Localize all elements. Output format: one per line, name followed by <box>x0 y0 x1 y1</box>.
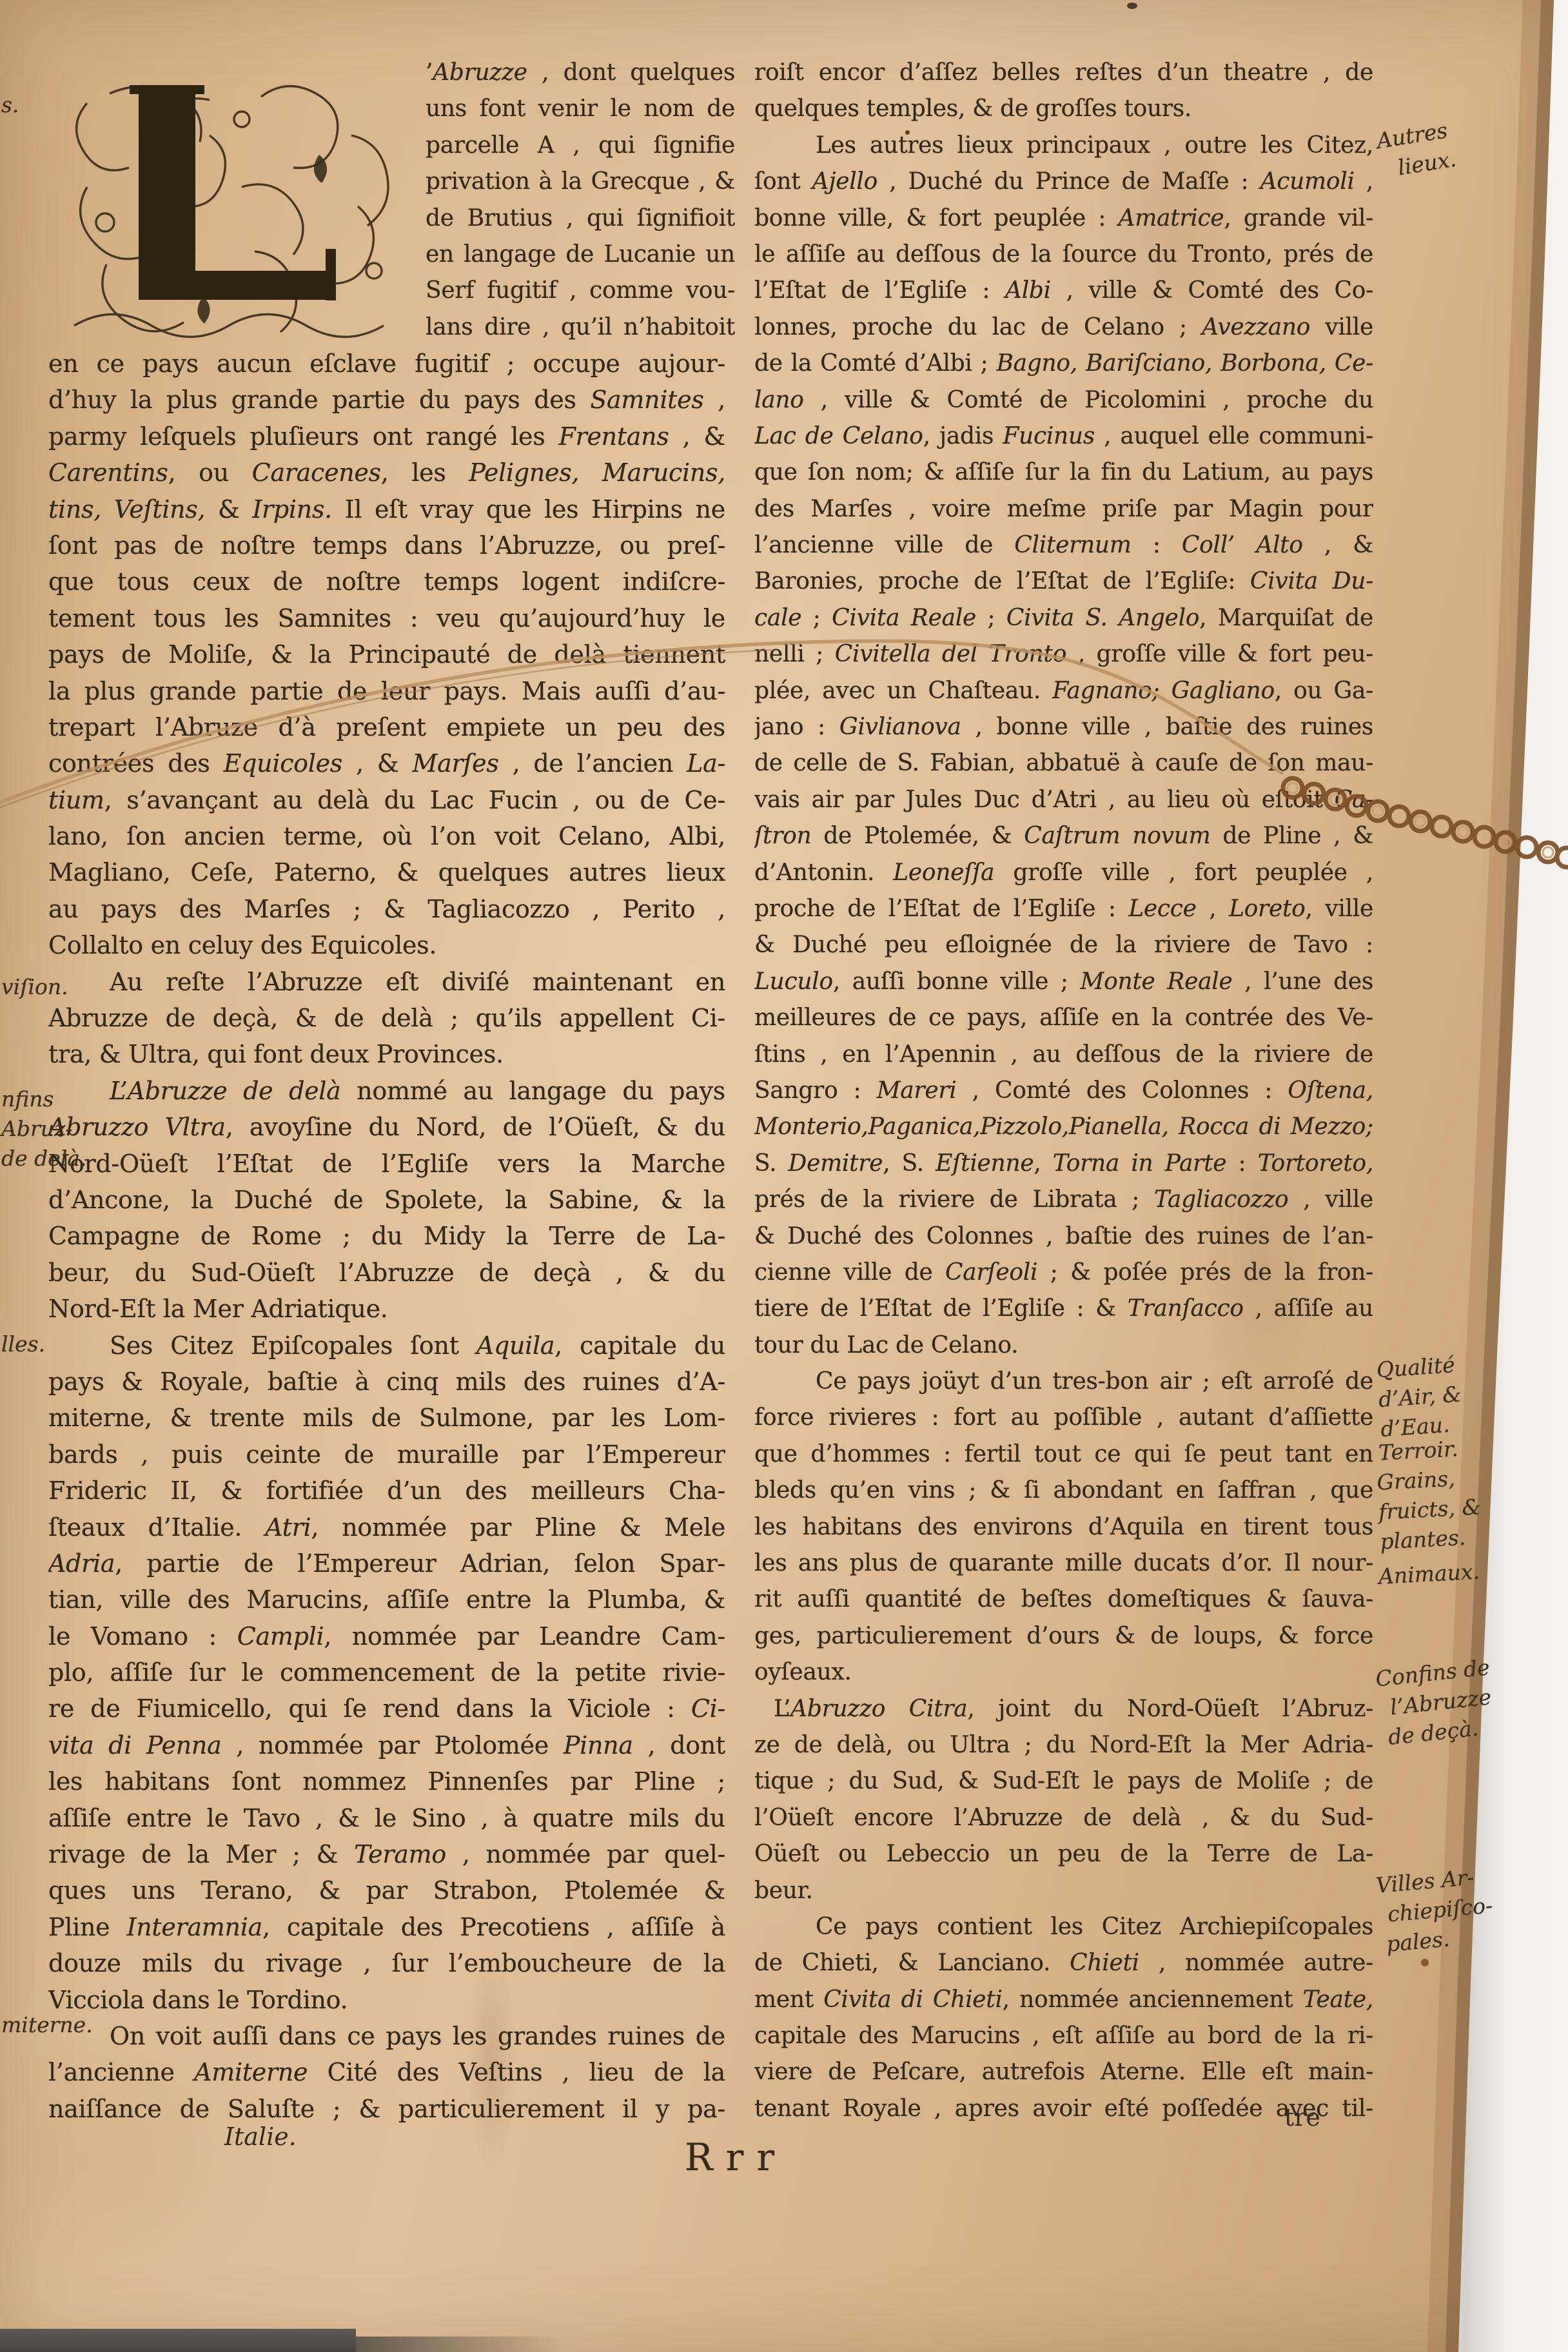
text-line: lonnes, proche du lac de Celano ; Avezza… <box>754 309 1373 346</box>
text-line: tium, s’avançant au delà du Lac Fucin , … <box>48 782 725 818</box>
text-line: meilleures de ce pays, aſſiſe en la cont… <box>754 1000 1373 1036</box>
stray-word-italie: Italie. <box>224 2122 297 2151</box>
text-line: jano : Givlianova , bonne ville , baſtie… <box>754 709 1373 745</box>
text-line: l’Oüeſt encore l’Abruzze de delà , & du … <box>754 1800 1373 1836</box>
margin-note-grains-fruits-plantes: Grains, fruicts, & plantes. <box>1377 1462 1497 1556</box>
text-line: l’ancienne ville de Cliternum : Coll’ Al… <box>754 527 1373 563</box>
text-line: contrées des Equicoles , & Marſes , de l… <box>48 745 725 781</box>
text-line: capitale des Marucins , eſt aſſiſe au bo… <box>754 2018 1373 2054</box>
text-line: Monterio,Paganica,Pizzolo,Pianella, Rocc… <box>754 1109 1373 1145</box>
text-line: rit auſſi quantité de beſtes domeſtiques… <box>754 1582 1373 1618</box>
margin-note-villes-archiepiscopales: Villes Ar- chiepiſco- pales. <box>1375 1861 1498 1959</box>
text-line: Campagne de Rome ; du Midy la Terre de L… <box>48 1218 725 1254</box>
text-line: Magliano, Ceſe, Paterno, & quelques autr… <box>48 854 725 890</box>
text-line: Les autres lieux principaux , outre les … <box>754 128 1373 164</box>
text-line: ſont pas de noſtre temps dans l’Abruzze,… <box>48 527 725 563</box>
text-line: douze mils du rivage , ſur l’emboucheure… <box>48 1945 725 1981</box>
text-line: Collalto en celuy des Equicoles. <box>48 927 725 963</box>
text-line: tins, Veſtins, & Irpins. Il eſt vray que… <box>48 491 725 527</box>
text-line: ſtins , en l’Apennin , au deſſous de la … <box>754 1037 1373 1073</box>
text-line: & Duché peu eſloignée de la riviere de T… <box>754 927 1373 963</box>
text-line: force rivieres : fort au poſſible , auta… <box>754 1400 1373 1436</box>
text-line: Pline Interamnia, capitale des Precotien… <box>48 1909 725 1945</box>
text-line: uns font venir le nom de la <box>426 91 735 127</box>
text-line: de celle de S. Fabian, abbatuë à cauſe d… <box>754 745 1373 781</box>
text-line: les habitans ſont nommez Pinnenſes par P… <box>48 1763 725 1799</box>
text-line: de Brutius , qui ſignifioit <box>426 201 735 237</box>
text-line: viere de Peſcare, autrefois Aterne. Elle… <box>754 2054 1373 2090</box>
text-line: Ce pays joüyt d’un tres-bon air ; eſt ar… <box>754 1364 1373 1400</box>
text-line: tenant Royale , apres avoir eſté poſſedé… <box>754 2091 1373 2127</box>
text-line: Abruzze de deçà, & de delà ; qu’ils appe… <box>48 1000 725 1036</box>
text-line: privation à la Grecque , & <box>426 164 735 200</box>
text-line: oyſeaux. <box>754 1654 1373 1690</box>
margin-note-fragment-s: s. <box>1 90 130 120</box>
text-line: roiſt encor d’aſſez belles reſtes d’un t… <box>754 55 1373 91</box>
text-line: tour du Lac de Celano. <box>754 1328 1373 1364</box>
text-line: On voit auſſi dans ce pays les grandes r… <box>48 2018 725 2054</box>
text-line: que tous ceux de noſtre temps logent ind… <box>48 563 725 600</box>
text-line: tra, & Ultra, qui font deux Provinces. <box>48 1036 725 1072</box>
left-column-body: en ce pays aucun eſclave fugitif ; occup… <box>48 346 725 2127</box>
text-line: plée, avec un Chaſteau. Fagnano; Gaglian… <box>754 673 1373 709</box>
text-line: ſont Ajello , Duché du Prince de Maſſe :… <box>754 164 1373 200</box>
text-line: pays de Moliſe, & la Principauté de delà… <box>48 636 725 672</box>
text-line: que ſon nom; & aſſiſe ſur la fin du Lati… <box>754 455 1373 491</box>
text-line: ’Abruzze , dont quelques <box>426 55 735 91</box>
text-line: Carentins, ou Caracenes, les Pelignes, M… <box>48 455 725 491</box>
text-line: quelques temples, & de groſſes tours. <box>754 91 1373 127</box>
margin-note-qualite-air-eau: Qualité d’Air, & d’Eau. <box>1375 1347 1497 1444</box>
text-line: Oüeſt ou Lebeccio un peu de la Terre de … <box>754 1836 1373 1872</box>
text-line: Luculo, auſſi bonne ville ; Monte Reale … <box>754 964 1373 1000</box>
text-line: miterne, & trente mils de Sulmone, par l… <box>48 1400 725 1436</box>
text-line: plo, aſſiſe ſur le commencement de la pe… <box>48 1654 725 1690</box>
text-line: tian, ville des Marucins, aſſiſe entre l… <box>48 1582 725 1618</box>
text-line: lans dire , qu’il n’habitoit <box>426 309 735 346</box>
text-line: de Chieti, & Lanciano. Chieti , nommée a… <box>754 1945 1373 1981</box>
text-line: Vicciola dans le Tordino. <box>48 1982 725 2018</box>
text-line: l’Eſtat de l’Egliſe : Albi , ville & Com… <box>754 273 1373 309</box>
text-line: d’Ancone, la Duché de Spolete, la Sabine… <box>48 1182 725 1218</box>
text-line: ment Civita di Chieti, nommée ancienneme… <box>754 1982 1373 2018</box>
ink-speck <box>1127 3 1137 9</box>
margin-note-division: viſion. <box>1 972 130 1002</box>
margin-note-amiterne: miterne. <box>1 2010 130 2040</box>
text-line: lano, ſon ancien terme, où l’on voit Cel… <box>48 818 725 854</box>
text-line: le Vomano : Campli, nommée par Leandre C… <box>48 1618 725 1654</box>
text-line: cienne ville de Carſeoli ; & poſée prés … <box>754 1255 1373 1291</box>
ink-speck <box>1421 1959 1429 1966</box>
text-line: vais air par Jules Duc d’Atri , au lieu … <box>754 782 1373 818</box>
text-line: Serf fugitif , comme vou- <box>426 273 735 309</box>
text-line: vita di Penna , nommée par Ptolomée Pinn… <box>48 1727 725 1763</box>
left-column-beside-initial: ’Abruzze , dont quelquesuns font venir l… <box>426 55 735 346</box>
scanner-dark-bar <box>0 2329 356 2352</box>
text-line: re de Fiumicello, qui ſe rend dans la Vi… <box>48 1690 725 1727</box>
text-line: prés de la riviere de Librata ; Tagliaco… <box>754 1182 1373 1218</box>
text-line: ſteaux d’Italie. Atri, nommée par Pline … <box>48 1509 725 1545</box>
text-line: Abruzzo Vltra, avoyſine du Nord, de l’Oü… <box>48 1109 725 1145</box>
text-line: parmy leſquels pluſieurs ont rangé les F… <box>48 418 725 455</box>
text-line: trepart l’Abruze d’à preſent empiete un … <box>48 709 725 745</box>
right-column: roiſt encor d’aſſez belles reſtes d’un t… <box>754 55 1373 2127</box>
text-line: ques uns Terano, & par Strabon, Ptolemée… <box>48 1872 725 1908</box>
text-line: pays & Royale, baſtie à cinq mils des ru… <box>48 1364 725 1400</box>
text-line: ſtron de Ptolemée, & Caſtrum novum de Pl… <box>754 818 1373 854</box>
text-line: ze de delà, ou Ultra ; du Nord-Eſt la Me… <box>754 1727 1373 1763</box>
margin-note-villes-episcopales: lles. <box>1 1329 130 1359</box>
text-line: Au reſte l’Abruzze eſt diviſé maintenant… <box>48 964 725 1000</box>
text-line: rivage de la Mer ; & Teramo , nommée par… <box>48 1836 725 1872</box>
text-line: des Marſes , voire meſme priſe par Magin… <box>754 491 1373 527</box>
text-line: ges, particulierement d’ours & de loups,… <box>754 1618 1373 1654</box>
text-line: parcelle A , qui ſignifie <box>426 128 735 164</box>
text-line: que d’hommes : fertil tout ce qui ſe peu… <box>754 1436 1373 1473</box>
text-line: L’Abruzzo Citra, joint du Nord-Oüeſt l’A… <box>754 1691 1373 1727</box>
text-line: la plus grande partie de leur pays. Mais… <box>48 673 725 709</box>
text-line: de la Comté d’Albi ; Bagno, Bariſciano, … <box>754 346 1373 382</box>
text-line: nelli ; Civitella del Tronto , groſſe vi… <box>754 636 1373 672</box>
text-line: Frideric II, & fortifiée d’un des meille… <box>48 1473 725 1509</box>
text-line: beur. <box>754 1873 1373 1909</box>
text-line: les ans plus de quarante mille ducats d’… <box>754 1545 1373 1582</box>
text-line: S. Demitre, S. Eſtienne, Torna in Parte … <box>754 1146 1373 1182</box>
text-line: d’huy la plus grande partie du pays des … <box>48 382 725 418</box>
text-line: cale ; Civita Reale ; Civita S. Angelo, … <box>754 600 1373 636</box>
text-line: d’Antonin. Leoneſſa groſſe ville , fort … <box>754 855 1373 891</box>
text-line: bards , puis ceinte de muraille par l’Em… <box>48 1436 725 1473</box>
text-line: lano , ville & Comté de Picolomini , pro… <box>754 382 1373 418</box>
text-line: les habitans des environs d’Aquila en ti… <box>754 1509 1373 1545</box>
text-line: naiſſance de Saluſte ; & particulieremen… <box>48 2091 725 2127</box>
text-line: aſſiſe entre le Tavo , & le Sino , à qua… <box>48 1800 725 1836</box>
text-line: Baronies, proche de l’Eſtat de l’Egliſe:… <box>754 563 1373 600</box>
text-line: au pays des Marſes ; & Tagliacozzo , Per… <box>48 891 725 927</box>
text-line: Lac de Celano, jadis Fucinus , auquel el… <box>754 418 1373 455</box>
text-line: bleds qu’en vins ; & ſi abondant en ſaff… <box>754 1473 1373 1509</box>
text-line: Adria, partie de l’Empereur Adrian, ſelo… <box>48 1545 725 1582</box>
ink-speck <box>905 130 910 135</box>
text-line: tement tous les Samnites : veu qu’aujour… <box>48 600 725 636</box>
signature-mark: Rrr <box>685 2135 787 2179</box>
text-line: L’Abruzze de delà nommé au langage du pa… <box>48 1073 725 1109</box>
margin-note-confins-abruzze-dela: nfins Abruz- de delà. <box>1 1084 130 1173</box>
text-line: en ce pays aucun eſclave fugitif ; occup… <box>48 346 725 382</box>
scanner-dark-bar-fade <box>356 2337 562 2352</box>
text-line: tique ; du Sud, & Sud-Eſt le pays de Mol… <box>754 1763 1373 1799</box>
text-line: Nord-Oüeſt l’Eſtat de l’Egliſe vers la M… <box>48 1146 725 1182</box>
text-line: en langage de Lucanie un <box>426 237 735 273</box>
text-line: bonne ville, & fort peuplée : Amatrice, … <box>754 201 1373 237</box>
text-line: Ses Citez Epiſcopales ſont Aquila, capit… <box>48 1328 725 1364</box>
scanned-book-page: ’Abruzze , dont quelquesuns font venir l… <box>0 0 1568 2352</box>
margin-note-confins-abruzze-deca: Confins de l’Abruzze de deçà. <box>1374 1652 1498 1753</box>
text-line: proche de l’Eſtat de l’Egliſe : Lecce , … <box>754 891 1373 927</box>
text-line: l’ancienne Amiterne Cité des Veſtins , l… <box>48 2054 725 2090</box>
text-line: Sangro : Mareri , Comté des Colonnes : O… <box>754 1073 1373 1109</box>
catchword: tre <box>1284 2103 1320 2131</box>
margin-note-animaux: Animaux. <box>1378 1556 1495 1591</box>
text-line: le aſſiſe au deſſous de la ſource du Tro… <box>754 237 1373 273</box>
text-line: & Duché des Colonnes , baſtie des ruines… <box>754 1219 1373 1255</box>
text-line: Nord-Eſt la Mer Adriatique. <box>48 1291 725 1327</box>
text-line: beur, du Sud-Oüeſt l’Abruzze de deçà , &… <box>48 1255 725 1291</box>
text-line: Ce pays contient les Citez Archiepiſcopa… <box>754 1909 1373 1945</box>
text-line: tiere de l’Eſtat de l’Egliſe : & Tranſac… <box>754 1291 1373 1327</box>
